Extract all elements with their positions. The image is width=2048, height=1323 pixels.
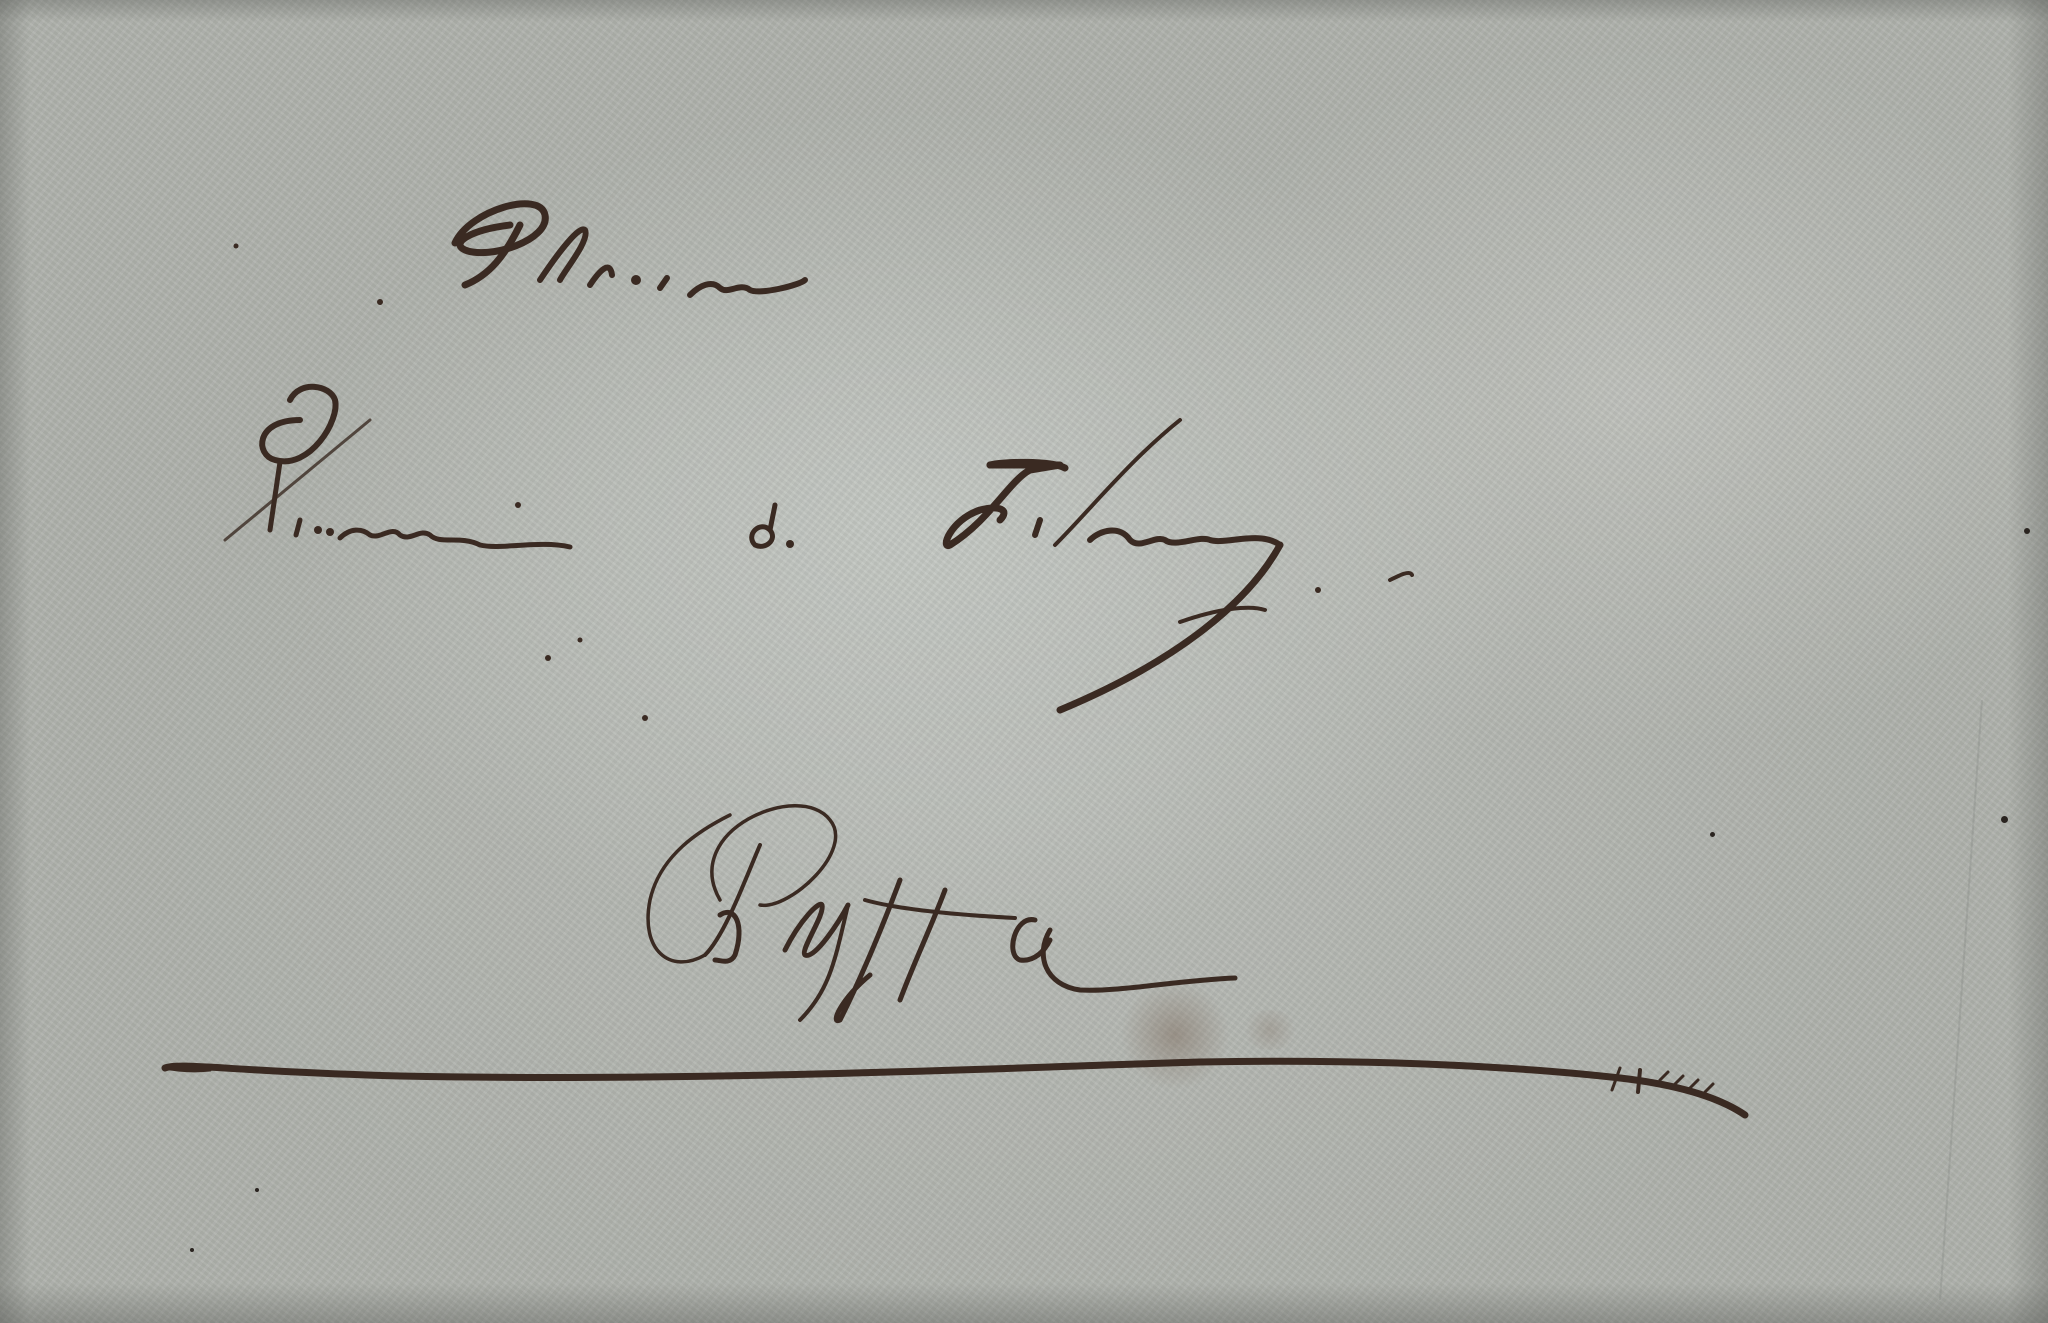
- ink-speck: [190, 1248, 194, 1252]
- ink-speck: [1710, 832, 1715, 837]
- handwriting: [0, 0, 2048, 1323]
- handwriting-line-ruffec: [648, 806, 1235, 1021]
- ink-speck: [255, 1188, 259, 1192]
- address-underline: [165, 1061, 1745, 1115]
- handwriting-line-baron-de-fleury: [225, 387, 1412, 721]
- ink-speck: [2001, 816, 2008, 823]
- ink-speck: [2024, 528, 2030, 534]
- handwriting-line-monsieur: [234, 204, 806, 305]
- envelope-photo: Monsieur Baron de Fleury Ruffec: [0, 0, 2048, 1323]
